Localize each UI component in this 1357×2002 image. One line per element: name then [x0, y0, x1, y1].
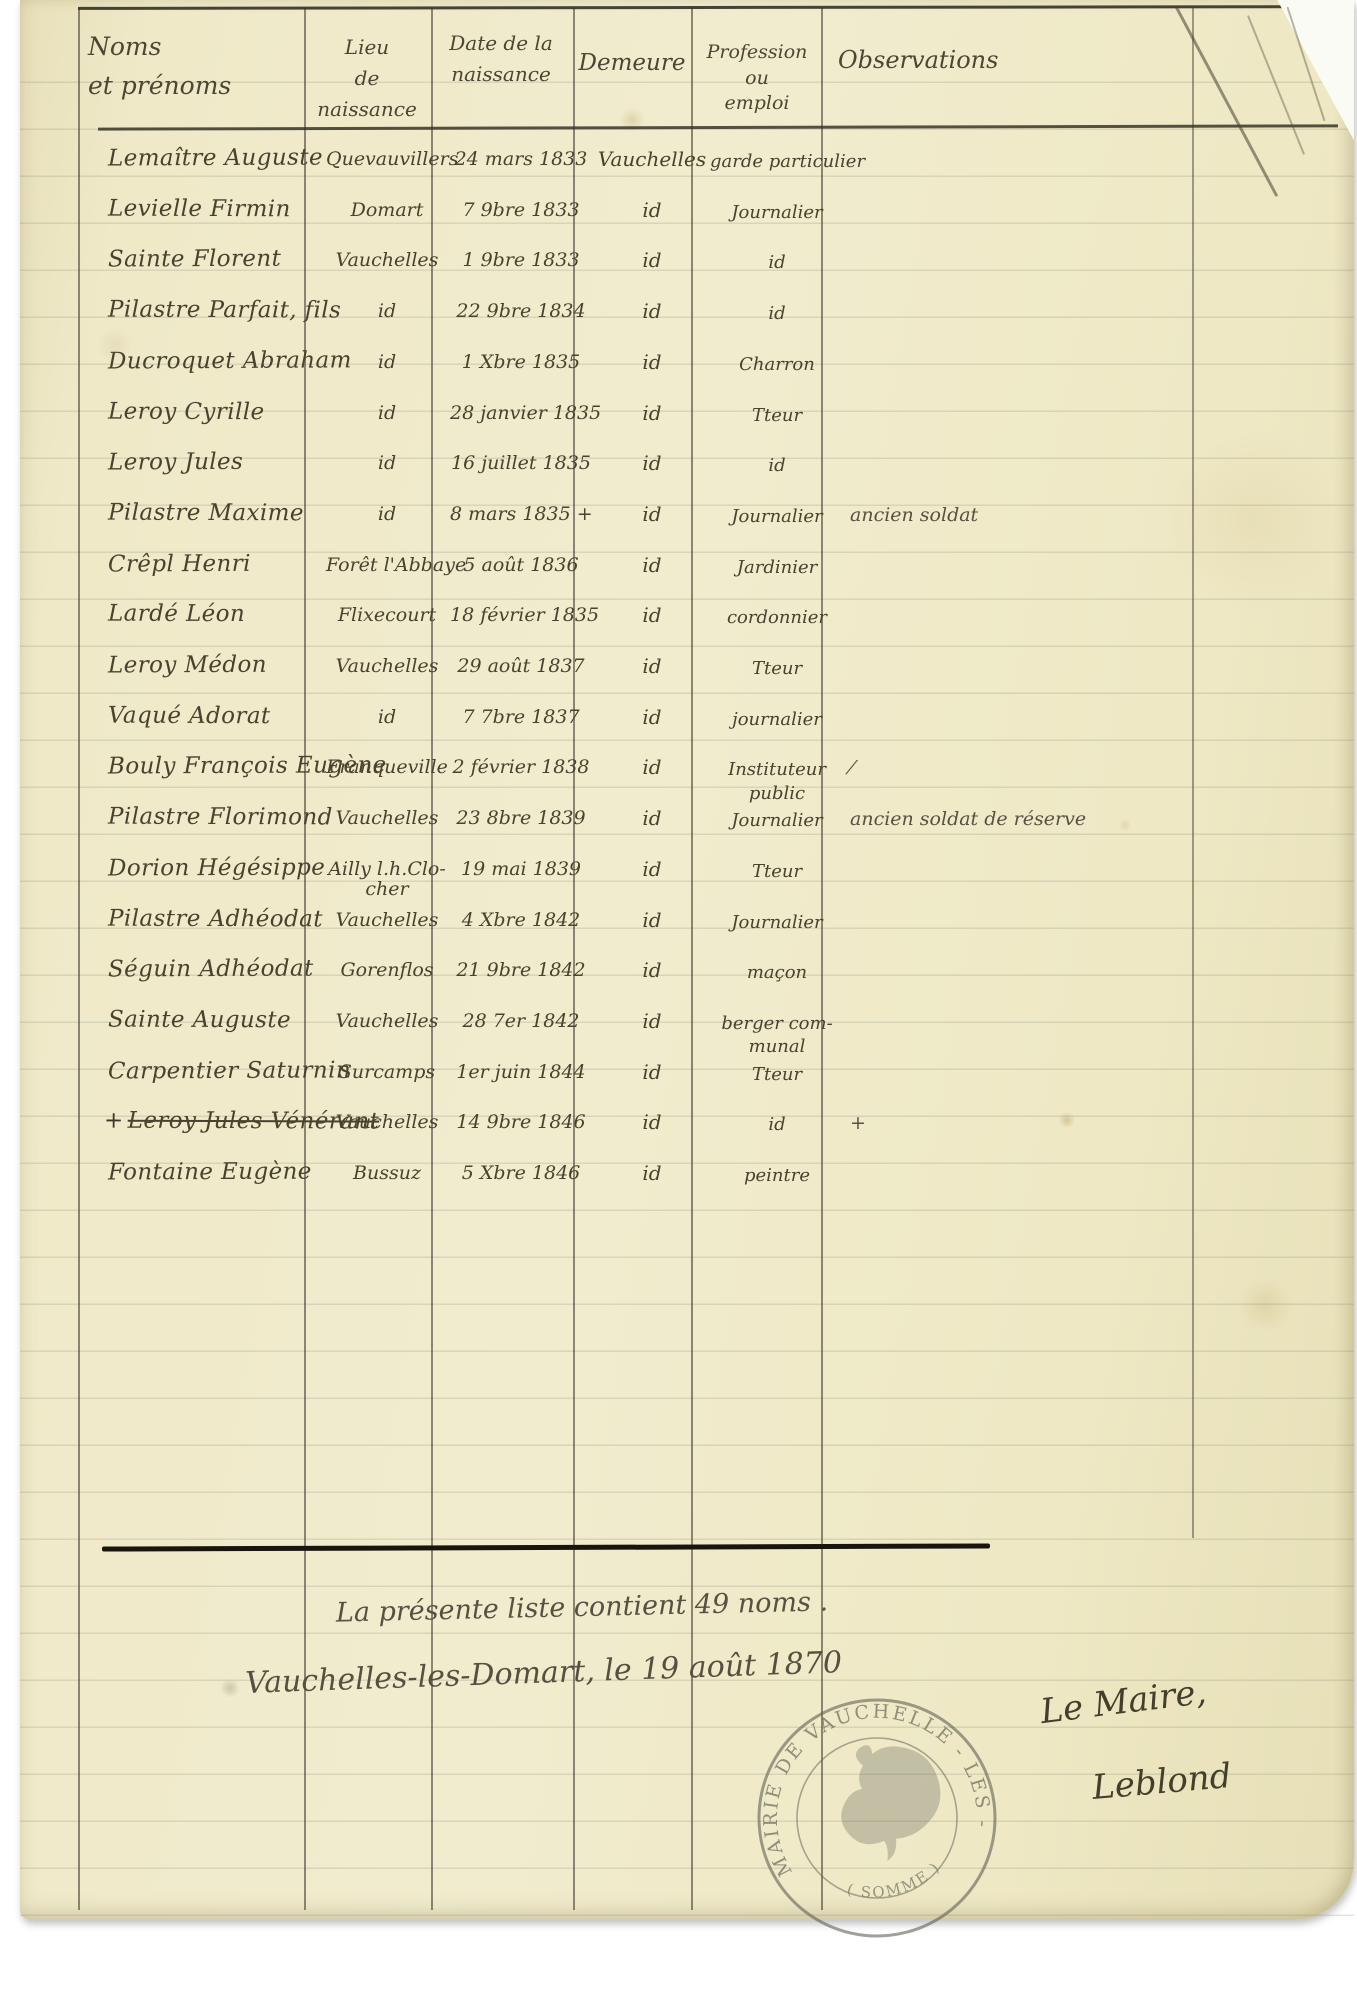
row-observation: ancien soldat de réserve — [850, 808, 1086, 830]
table-row: Ducroquet Abraham id 1 Xbre 1835 id Char… — [20, 349, 1354, 401]
table-row: Sainte Auguste Vauchelles 28 7er 1842 id… — [20, 1008, 1354, 1060]
row-birthplace: Domart — [351, 199, 424, 221]
table-row: Leroy Jules id 16 juillet 1835 id id — [20, 450, 1354, 502]
row-profession-cell: peintre — [710, 1164, 844, 1187]
row-name-cell: Lemaître Auguste — [104, 146, 324, 171]
row-name-cell: Pilastre Maxime — [104, 501, 324, 526]
row-birthdate: 16 juillet 1835 — [451, 452, 591, 474]
row-birthplace: id — [378, 351, 396, 373]
row-profession-cell: berger com- munal — [710, 1012, 844, 1059]
row-birthplace: Vauchelles — [336, 807, 439, 829]
header-birthplace: Lieu de naissance — [306, 32, 428, 125]
row-birthplace-cell: Domart — [326, 201, 448, 221]
row-birthdate-cell: 18 février 1835 — [450, 606, 592, 626]
row-name-cell: Pilastre Florimond — [104, 805, 324, 830]
row-name-cell: Pilastre Parfait, fils — [104, 298, 324, 323]
row-birthdate-cell: 19 mai 1839 — [450, 860, 592, 880]
row-residence: id — [642, 451, 661, 475]
row-name-cell: Sainte Auguste — [104, 1008, 324, 1033]
row-residence: id — [642, 705, 661, 729]
row-birthdate-cell: 5 Xbre 1846 — [450, 1164, 592, 1184]
row-name: Sainte Auguste — [108, 1007, 291, 1034]
row-name: Carpentier Saturnin — [108, 1057, 351, 1084]
row-profession-cell: maçon — [710, 961, 844, 984]
table-row: Pilastre Maxime id 8 mars 1835 + id Jour… — [20, 501, 1354, 553]
row-residence-cell: id — [595, 656, 709, 677]
row-birthdate-cell: 1er juin 1844 — [450, 1063, 592, 1083]
row-birthdate-cell: 1 9bre 1833 — [450, 251, 592, 271]
row-name: Pilastre Parfait, fils — [108, 297, 341, 324]
row-profession: Journalier — [731, 202, 822, 223]
row-residence-cell: id — [595, 757, 709, 778]
row-profession: id — [768, 455, 785, 476]
table-row: Lemaître Auguste Quevauvillers 24 mars 1… — [20, 146, 1354, 198]
row-profession: Tteur — [752, 405, 802, 426]
table-row: Crêpl Henri Forêt l'Abbaye 5 août 1836 i… — [20, 552, 1354, 604]
row-birthdate-cell: 29 août 1837 — [450, 657, 592, 677]
row-profession: Tteur — [752, 658, 802, 679]
row-birthplace: Gorenflos — [340, 959, 433, 981]
row-birthdate-cell: 2 février 1838 — [450, 758, 592, 778]
row-name-cell: Leroy Jules — [104, 450, 324, 475]
row-name: Leroy Médon — [108, 652, 267, 679]
row-birthplace-cell: id — [326, 404, 448, 424]
row-observation-cell: ⁄ — [850, 759, 1180, 779]
row-birthplace: id — [378, 300, 396, 322]
row-profession: berger com- munal — [721, 1013, 832, 1057]
row-name: Leroy Jules — [108, 449, 243, 476]
row-profession: cordonnier — [727, 607, 827, 628]
row-profession-cell: Tteur — [710, 860, 844, 883]
strike-mark: + — [104, 1108, 124, 1134]
row-name-cell: Pilastre Adhéodat — [104, 906, 324, 931]
row-name: Pilastre Florimond — [108, 804, 333, 831]
row-name: Sainte Florent — [108, 246, 281, 273]
row-name-cell: Carpentier Saturnin — [104, 1058, 324, 1083]
row-birthplace: id — [378, 402, 396, 424]
row-profession: Tteur — [752, 861, 802, 882]
row-residence: id — [642, 958, 661, 982]
row-residence: id — [642, 198, 661, 222]
row-profession: Journalier — [731, 912, 822, 933]
row-birthplace: Vauchelles — [336, 249, 439, 271]
table-row: Sainte Florent Vauchelles 1 9bre 1833 id… — [20, 247, 1354, 299]
row-residence: id — [642, 350, 661, 374]
row-birthplace-cell: Bussuz — [326, 1164, 448, 1184]
row-birthplace-cell: Vauchelles — [326, 657, 448, 677]
row-birthplace: Quevauvillers — [326, 148, 458, 170]
row-name: Lardé Léon — [108, 601, 245, 627]
row-profession: Charron — [739, 354, 815, 375]
row-birthplace-cell: Surcamps — [326, 1063, 448, 1083]
row-birthdate-cell: 22 9bre 1834 — [450, 302, 592, 322]
row-birthplace: Vauchelles — [336, 1010, 439, 1032]
row-name: Ducroquet Abraham — [108, 347, 352, 374]
table-row: Fontaine Eugène Bussuz 5 Xbre 1846 id pe… — [20, 1160, 1354, 1212]
row-birthdate-cell: 7 9bre 1833 — [450, 201, 592, 221]
row-name-cell: Fontaine Eugène — [104, 1160, 324, 1185]
row-residence: id — [642, 1161, 661, 1185]
row-residence: id — [642, 553, 661, 577]
row-observation: ancien soldat — [850, 504, 978, 526]
row-birthplace: Vauchelles — [336, 1111, 439, 1133]
row-name: Pilastre Maxime — [108, 500, 304, 527]
row-name-cell: Crêpl Henri — [104, 551, 324, 576]
row-profession-cell: id — [710, 1113, 844, 1136]
row-birthdate-cell: 4 Xbre 1842 — [450, 911, 592, 931]
header-residence: Demeure — [575, 46, 689, 82]
row-name: Pilastre Adhéodat — [108, 905, 323, 932]
row-residence: id — [642, 755, 661, 779]
row-residence-cell: id — [595, 808, 709, 829]
row-birthplace-cell: id — [326, 708, 448, 728]
row-name-cell: Vaqué Adorat — [104, 703, 324, 728]
row-birthdate: 1er juin 1844 — [456, 1061, 585, 1083]
row-residence-cell: id — [595, 504, 709, 525]
row-name: Lemaître Auguste — [108, 145, 323, 172]
row-birthdate-cell: 1 Xbre 1835 — [450, 353, 592, 373]
row-birthplace: Bussuz — [353, 1162, 421, 1184]
row-profession: maçon — [747, 962, 807, 983]
row-birthplace-cell: Quevauvillers — [326, 150, 448, 170]
row-birthplace: Surcamps — [339, 1061, 435, 1083]
row-birthdate: 1 9bre 1833 — [462, 249, 579, 271]
row-birthplace-cell: Vauchelles — [326, 1012, 448, 1032]
row-residence-cell: id — [595, 352, 709, 373]
row-birthplace: Forêt l'Abbaye — [326, 554, 466, 576]
row-birthdate: 5 Xbre 1846 — [462, 1162, 581, 1184]
row-observation: + — [850, 1112, 866, 1134]
row-profession: Journalier — [731, 810, 822, 831]
row-birthplace-cell: Vauchelles — [326, 251, 448, 271]
row-birthdate-cell: 16 juillet 1835 — [450, 454, 592, 474]
row-profession-cell: id — [710, 454, 844, 477]
row-name: Dorion Hégésippe — [108, 854, 325, 881]
row-residence: Vauchelles — [598, 147, 706, 171]
row-birthdate: 7 9bre 1833 — [462, 199, 579, 221]
row-name-cell: Séguin Adhéodat — [104, 957, 324, 982]
row-birthdate: 1 Xbre 1835 — [462, 351, 581, 373]
row-birthplace: Vauchelles — [336, 909, 439, 931]
row-birthdate-cell: 28 7er 1842 — [450, 1012, 592, 1032]
row-birthplace-cell: Ailly l.h.Clo- cher — [326, 860, 448, 900]
row-birthplace-cell: Vauchelles — [326, 1113, 448, 1133]
stamp-bottom-text: ( SOMME ) — [841, 1856, 948, 1912]
row-birthplace: id — [378, 503, 396, 525]
row-residence-cell: id — [595, 453, 709, 474]
table-row: Leroy Médon Vauchelles 29 août 1837 id T… — [20, 653, 1354, 705]
row-profession: journalier — [732, 709, 822, 730]
row-profession: peintre — [744, 1165, 810, 1186]
row-name: Crêpl Henri — [108, 550, 251, 577]
row-profession-cell: id — [710, 302, 844, 325]
row-observation-cell: + — [850, 1114, 1180, 1134]
row-birthdate: 5 août 1836 — [463, 554, 578, 576]
row-name: Levielle Firmin — [108, 195, 291, 222]
row-residence-cell: id — [595, 403, 709, 424]
row-birthdate: 23 8bre 1839 — [456, 807, 585, 829]
row-profession-cell: Journalier — [710, 911, 844, 934]
row-profession-cell: Tteur — [710, 657, 844, 680]
row-residence-cell: id — [595, 301, 709, 322]
row-name: Séguin Adhéodat — [108, 956, 314, 983]
row-profession: id — [768, 252, 785, 273]
row-birthplace: Flixecourt — [338, 604, 436, 626]
row-profession-cell: Charron — [710, 353, 844, 376]
row-residence: id — [642, 299, 661, 323]
row-profession-cell: garde particulier — [710, 150, 844, 173]
table-row: Pilastre Parfait, fils id 22 9bre 1834 i… — [20, 298, 1354, 350]
row-birthdate: 19 mai 1839 — [461, 858, 581, 880]
row-birthdate: 4 Xbre 1842 — [462, 909, 581, 931]
row-profession: id — [768, 1114, 785, 1135]
row-residence-cell: id — [595, 250, 709, 271]
row-name-cell: Lardé Léon — [104, 602, 324, 627]
table-row: Dorion Hégésippe Ailly l.h.Clo- cher 19 … — [20, 856, 1354, 908]
row-profession-cell: Tteur — [710, 404, 844, 427]
row-residence: id — [642, 857, 661, 881]
row-birthplace-cell: id — [326, 302, 448, 322]
header-names: Noms et prénoms — [88, 28, 298, 106]
row-profession: id — [768, 303, 785, 324]
table-row: Bouly François Eugène Franqueville 2 fév… — [20, 754, 1354, 806]
row-birthplace-cell: Vauchelles — [326, 911, 448, 931]
row-name-cell: Ducroquet Abraham — [104, 348, 324, 373]
row-birthplace-cell: Flixecourt — [326, 606, 448, 626]
row-profession-cell: journalier — [710, 708, 844, 731]
row-residence-cell: Vauchelles — [595, 149, 709, 170]
row-birthdate: 28 janvier 1835 — [450, 402, 601, 424]
row-name-cell: Levielle Firmin — [104, 196, 324, 221]
row-profession-cell: Jardinier — [710, 556, 844, 579]
row-birthdate-cell: 5 août 1836 — [450, 556, 592, 576]
row-birthdate: 21 9bre 1842 — [456, 959, 585, 981]
row-birthplace: Ailly l.h.Clo- cher — [328, 858, 446, 900]
row-birthdate: 18 février 1835 — [450, 604, 599, 626]
row-profession-cell: Journalier — [710, 809, 844, 832]
row-profession: Jardinier — [737, 557, 817, 578]
row-residence: id — [642, 654, 661, 678]
row-birthdate: 22 9bre 1834 — [456, 300, 585, 322]
row-profession-cell: cordonnier — [710, 606, 844, 629]
row-name-cell: +Leroy Jules Vénérant — [104, 1109, 324, 1134]
table-row: Pilastre Florimond Vauchelles 23 8bre 18… — [20, 805, 1354, 857]
row-residence: id — [642, 603, 661, 627]
row-name-cell: Leroy Médon — [104, 653, 324, 678]
row-profession: Tteur — [752, 1064, 802, 1085]
row-birthdate-cell: 28 janvier 1835 — [450, 404, 592, 424]
row-residence: id — [642, 248, 661, 272]
row-birthplace-cell: Gorenflos — [326, 961, 448, 981]
row-name-cell: Bouly François Eugène — [104, 754, 324, 779]
row-residence: id — [642, 1110, 661, 1134]
row-profession-cell: id — [710, 251, 844, 274]
row-name-cell: Leroy Cyrille — [104, 399, 324, 424]
row-birthdate: 7 7bre 1837 — [462, 706, 579, 728]
row-residence: id — [642, 502, 661, 526]
row-residence: id — [642, 401, 661, 425]
row-birthdate: 24 mars 1833 — [455, 148, 588, 170]
header-birthdate: Date de la naissance — [430, 28, 572, 90]
table-row: Levielle Firmin Domart 7 9bre 1833 id Jo… — [20, 197, 1354, 249]
row-birthdate-cell: 21 9bre 1842 — [450, 961, 592, 981]
row-residence: id — [642, 806, 661, 830]
row-observation-cell: ancien soldat — [850, 506, 1180, 526]
row-birthdate: 14 9bre 1846 — [456, 1111, 585, 1133]
table-row: Séguin Adhéodat Gorenflos 21 9bre 1842 i… — [20, 957, 1354, 1009]
row-birthplace-cell: Forêt l'Abbaye — [326, 556, 448, 576]
document-page: Noms et prénoms Lieu de naissance Date d… — [20, 0, 1354, 1920]
row-birthplace-cell: id — [326, 353, 448, 373]
row-profession: Instituteur public — [728, 759, 826, 803]
row-birthplace-cell: Franqueville — [326, 758, 448, 778]
row-profession-cell: Tteur — [710, 1063, 844, 1086]
row-birthdate-cell: 14 9bre 1846 — [450, 1113, 592, 1133]
row-birthplace: id — [378, 452, 396, 474]
row-residence-cell: id — [595, 960, 709, 981]
header-profession: Profession ou emploi — [690, 40, 824, 117]
svg-text:( SOMME ): ( SOMME ) — [841, 1856, 948, 1912]
row-name: Fontaine Eugène — [108, 1159, 312, 1186]
table-row: Carpentier Saturnin Surcamps 1er juin 18… — [20, 1059, 1354, 1111]
table-row: Lardé Léon Flixecourt 18 février 1835 id… — [20, 602, 1354, 654]
row-name-cell: Dorion Hégésippe — [104, 855, 324, 880]
row-birthdate: 2 février 1838 — [452, 756, 589, 778]
row-residence: id — [642, 1060, 661, 1084]
row-birthdate-cell: 23 8bre 1839 — [450, 809, 592, 829]
row-name: Vaqué Adorat — [108, 702, 271, 729]
row-residence: id — [642, 908, 661, 932]
row-birthdate: 29 août 1837 — [457, 655, 584, 677]
table-top-border — [78, 5, 1354, 10]
row-birthplace-cell: id — [326, 505, 448, 525]
row-birthplace: id — [378, 706, 396, 728]
row-observation-cell: ancien soldat de réserve — [850, 810, 1180, 830]
row-observation: ⁄ — [850, 757, 853, 779]
header-observations: Observations — [838, 42, 1078, 79]
eagle-emblem-icon — [824, 1729, 955, 1869]
table-row: Pilastre Adhéodat Vauchelles 4 Xbre 1842… — [20, 907, 1354, 959]
row-residence-cell: id — [595, 910, 709, 931]
row-residence-cell: id — [595, 859, 709, 880]
row-residence-cell: id — [595, 200, 709, 221]
row-profession-cell: Journalier — [710, 201, 844, 224]
row-birthdate-cell: 8 mars 1835 + — [450, 505, 592, 525]
row-residence-cell: id — [595, 1062, 709, 1083]
row-residence: id — [642, 1009, 661, 1033]
row-residence-cell: id — [595, 1011, 709, 1032]
row-birthplace-cell: Vauchelles — [326, 809, 448, 829]
row-residence-cell: id — [595, 555, 709, 576]
row-residence-cell: id — [595, 605, 709, 626]
row-profession-cell: Journalier — [710, 505, 844, 528]
table-row: Vaqué Adorat id 7 7bre 1837 id journalie… — [20, 704, 1354, 756]
row-name: Leroy Cyrille — [108, 398, 265, 425]
row-profession: Journalier — [731, 506, 822, 527]
table-row: +Leroy Jules Vénérant Vauchelles 14 9bre… — [20, 1109, 1354, 1161]
table-row: Leroy Cyrille id 28 janvier 1835 id Tteu… — [20, 400, 1354, 452]
row-profession-cell: Instituteur public — [710, 758, 844, 805]
row-birthplace: Vauchelles — [336, 655, 439, 677]
row-birthdate: 28 7er 1842 — [462, 1010, 579, 1032]
row-residence-cell: id — [595, 707, 709, 728]
row-birthplace-cell: id — [326, 454, 448, 474]
row-birthdate: 8 mars 1835 + — [450, 503, 593, 525]
row-birthdate-cell: 24 mars 1833 — [450, 150, 592, 170]
row-birthdate-cell: 7 7bre 1837 — [450, 708, 592, 728]
row-name-cell: Sainte Florent — [104, 247, 324, 272]
row-residence-cell: id — [595, 1163, 709, 1184]
row-profession: garde particulier — [710, 151, 865, 172]
row-residence-cell: id — [595, 1112, 709, 1133]
row-birthplace: Franqueville — [326, 756, 448, 778]
